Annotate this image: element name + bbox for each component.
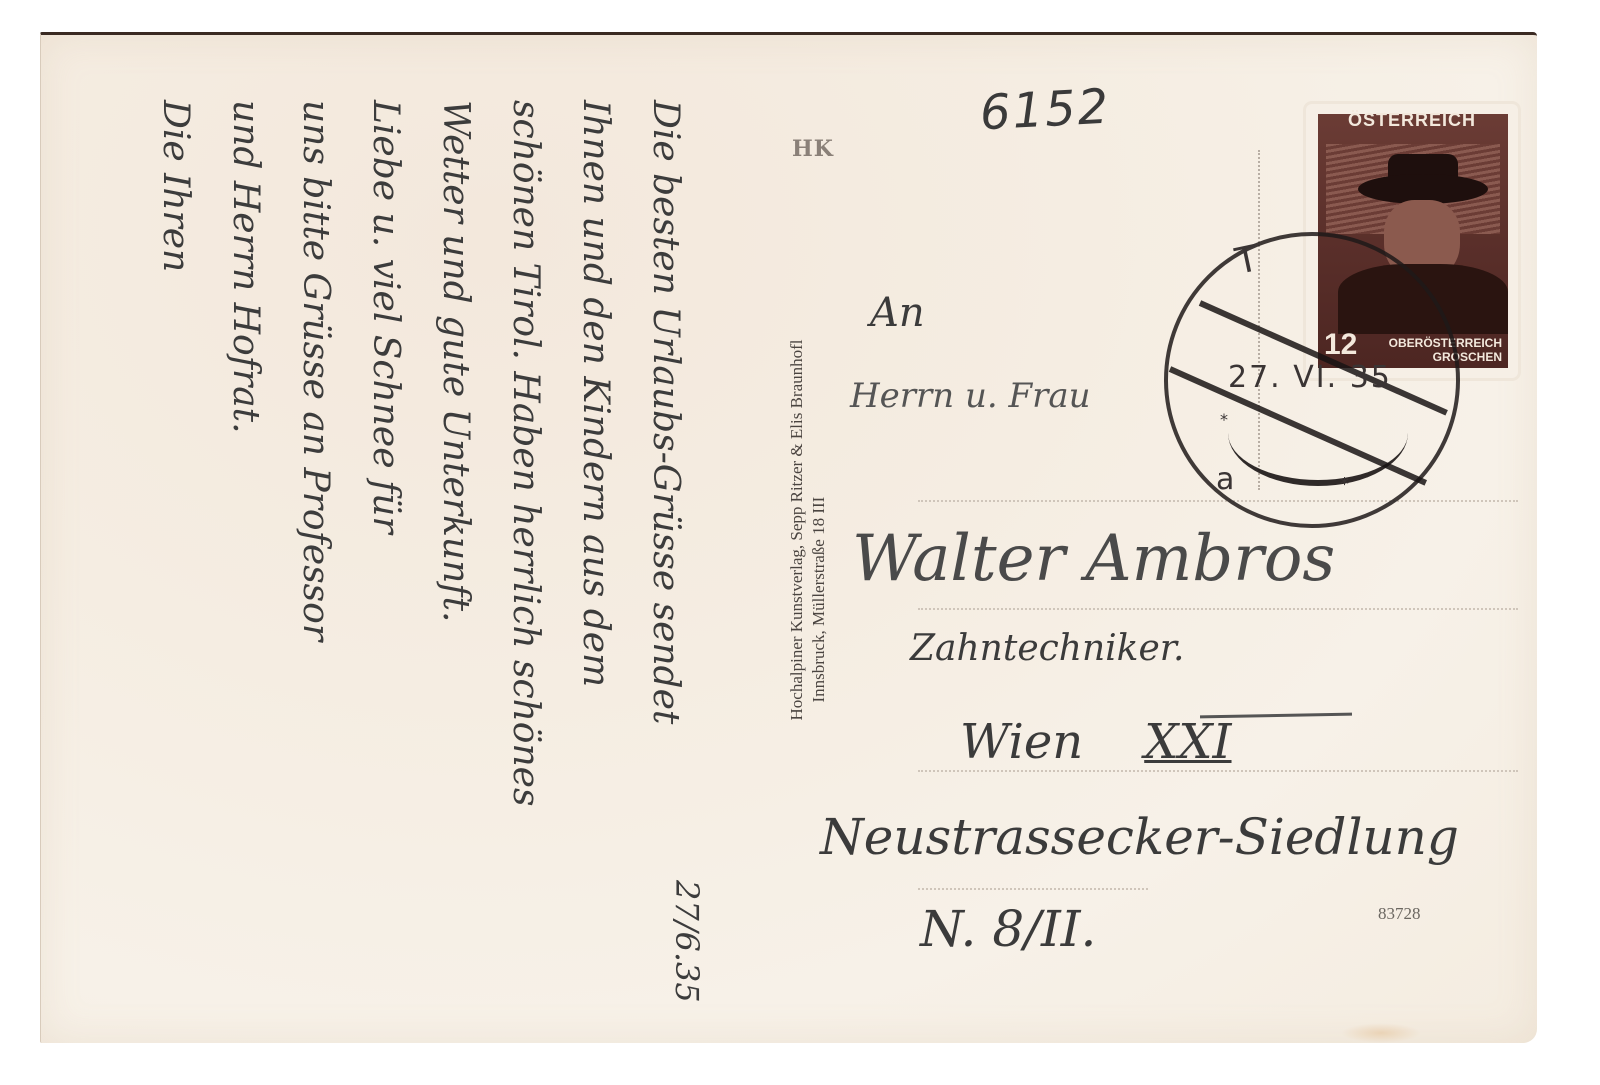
recipient-city-line: Wien XXI (960, 714, 1232, 770)
publisher-address: Innsbruck, Müllerstraße 18 III (808, 340, 830, 721)
postmark-star-icon: * (1340, 474, 1349, 495)
recipient-district: XXI (1144, 714, 1231, 770)
address-line (918, 500, 1518, 502)
postmark-office: a (1216, 462, 1234, 497)
recipient-street: Neustrassecker-Siedlung (820, 808, 1459, 866)
recipient-house-number: N. 8/II. (920, 900, 1096, 958)
message-date: 27/6.35 (668, 880, 706, 1003)
recipient-profession: Zahntechniker. (910, 628, 1184, 669)
postmark-arc (1228, 380, 1408, 486)
message-line: Liebe u. viel Schnee für (350, 100, 420, 1020)
message-line: Die Ihren (140, 100, 210, 1020)
recipient-title: Herrn u. Frau (850, 376, 1091, 416)
stamp-country: ÖSTERREICH (1306, 110, 1518, 131)
address-line (918, 888, 1148, 890)
message-line: und Herrn Hofrat. (210, 100, 280, 1020)
archive-number: 6152 (979, 79, 1112, 142)
message-line: uns bitte Grüsse an Professor (280, 100, 350, 1020)
message-line: schönen Tirol. Haben herrlich schönes (490, 100, 560, 1020)
publisher-mark: HK (792, 136, 834, 162)
postmark-date: 27. VI. 35 (1228, 360, 1392, 395)
address-line (918, 770, 1518, 772)
message-line: Ihnen und den Kindern aus dem (560, 100, 630, 1020)
handwritten-message: Die besten Urlaubs-Grüsse sendet Ihnen u… (140, 100, 700, 1020)
publisher-name: Hochalpiner Kunstverlag, Sepp Ritzer & E… (786, 340, 808, 721)
message-line: Wetter und gute Unterkunft. (420, 100, 490, 1020)
age-stain (1341, 1023, 1421, 1043)
address-salutation: An (870, 290, 925, 336)
print-number: 83728 (1378, 904, 1421, 924)
recipient-name: Walter Ambros (852, 522, 1335, 596)
recipient-city: Wien (960, 714, 1083, 770)
postmark-star-icon: * (1220, 410, 1228, 429)
publisher-imprint: Hochalpiner Kunstverlag, Sepp Ritzer & E… (786, 340, 830, 721)
address-line (918, 608, 1518, 610)
